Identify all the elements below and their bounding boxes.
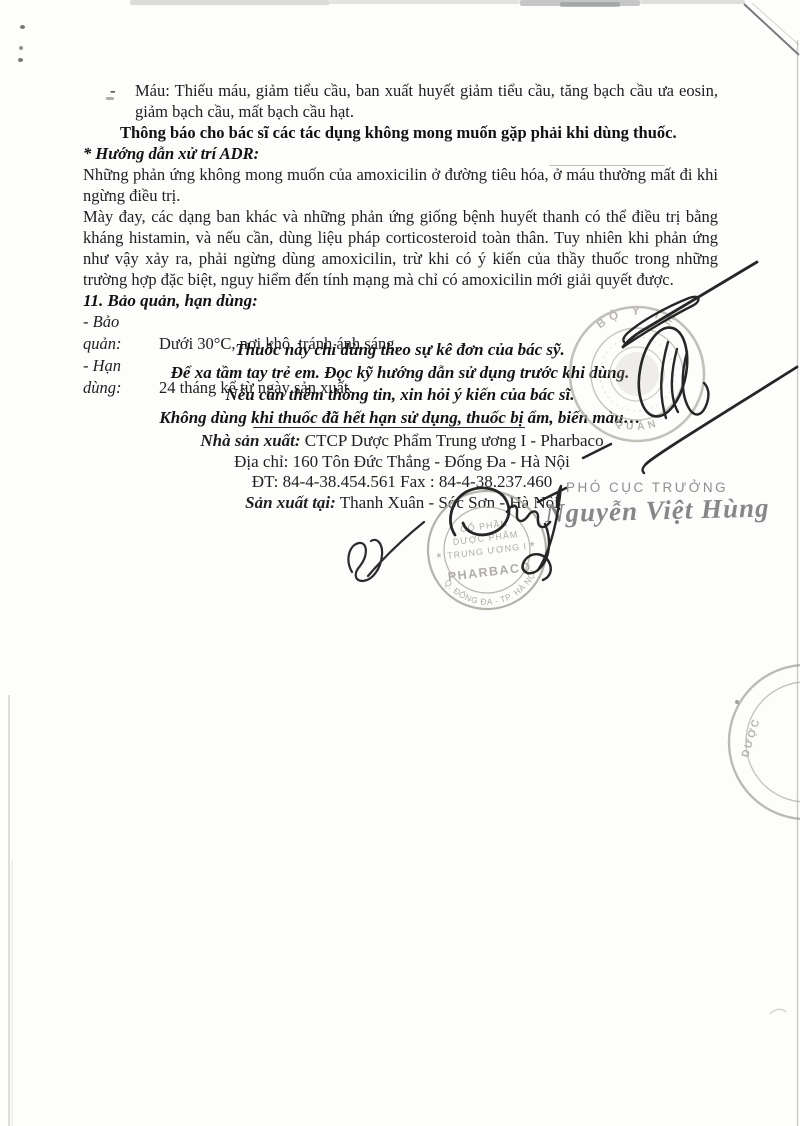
svg-text:Q. ĐỐNG ĐA - TP. HÀ NỘI: Q. ĐỐNG ĐA - TP. HÀ NỘI bbox=[442, 567, 542, 613]
scan-edge-band bbox=[640, 0, 745, 4]
advisory-line: Để xa tầm tay trẻ em. Đọc kỹ hướng dẫn s… bbox=[120, 362, 680, 385]
company-stamp-arc-text: Q. ĐỐNG ĐA - TP. HÀ NỘI bbox=[442, 567, 542, 613]
advisory-line: Nếu cần thêm thông tin, xin hỏi ý kiến c… bbox=[120, 384, 680, 407]
scan-smudge bbox=[770, 1009, 786, 1014]
advisory-line: Không dùng khi thuốc đã hết hạn sử dụng,… bbox=[120, 407, 680, 430]
scan-speck bbox=[19, 46, 23, 50]
edge-stamp: DƯỢC bbox=[729, 665, 800, 819]
storage-heading: 11. Bảo quản, hạn dùng: bbox=[83, 290, 718, 311]
approver-title: PHÓ CỤC TRƯỞNG bbox=[566, 480, 728, 495]
page-fold-corner bbox=[744, 3, 799, 55]
scan-edge-band bbox=[330, 0, 520, 4]
advisory-line: Thuốc này chỉ dùng theo sự kê đơn của bá… bbox=[120, 339, 680, 362]
manufacturer-address: Địa chỉ: 160 Tôn Đức Thắng - Đống Đa - H… bbox=[192, 452, 612, 473]
company-stamp-star-left: * bbox=[436, 550, 443, 566]
company-stamp-line2: DƯỢC PHẨM bbox=[452, 528, 519, 547]
company-stamp-line1: CỔ PHẦN bbox=[460, 517, 509, 534]
company-stamp-line3: TRUNG ƯƠNG I bbox=[447, 541, 528, 561]
secondary-signature bbox=[348, 522, 424, 581]
manufacturer-divider-line bbox=[253, 427, 525, 428]
edge-stamp-text: DƯỢC bbox=[739, 716, 762, 759]
production-site-text: Thanh Xuân - Sóc Sơn - Hà Nội bbox=[336, 493, 559, 512]
scan-edge-band bbox=[130, 0, 330, 5]
scanned-document-page: -Máu: Thiếu máu, giảm tiểu cầu, ban xuất… bbox=[0, 0, 800, 1126]
manufacturer-phone-fax: ĐT: 84-4-38.454.561 Fax : 84-4-38.237.46… bbox=[192, 472, 612, 493]
production-site-label: Sản xuất tại: bbox=[245, 493, 336, 512]
manufacturer-name: CTCP Dược Phẩm Trung ương I - Pharbaco bbox=[301, 431, 604, 450]
adr-paragraph-1: Những phản ứng không mong muốn của amoxi… bbox=[83, 164, 718, 206]
scan-edge-band bbox=[560, 2, 620, 7]
bullet-dash: - bbox=[110, 80, 116, 101]
adverse-effects-text: Máu: Thiếu máu, giảm tiểu cầu, ban xuất … bbox=[135, 81, 718, 121]
approver-signature-name: Nguyễn Việt Hùng bbox=[545, 492, 796, 530]
scan-speck bbox=[18, 58, 23, 62]
adverse-effects-bullet: -Máu: Thiếu máu, giảm tiểu cầu, ban xuất… bbox=[83, 80, 718, 122]
manufacturer-label: Nhà sản xuất: bbox=[200, 431, 300, 450]
scan-speck bbox=[20, 25, 25, 29]
company-stamp-star-right: * bbox=[529, 538, 536, 554]
doctor-notice-line: Thông báo cho bác sĩ các tác dụng không … bbox=[83, 122, 718, 143]
manufacturer-line: Nhà sản xuất: CTCP Dược Phẩm Trung ương … bbox=[192, 431, 612, 452]
advisory-block: Thuốc này chỉ dùng theo sự kê đơn của bá… bbox=[120, 339, 680, 429]
company-stamp-name: PHARBACO bbox=[447, 560, 532, 584]
adr-heading: * Hướng dẫn xử trí ADR: bbox=[83, 143, 718, 164]
adr-paragraph-2: Mày đay, các dạng ban khác và những phản… bbox=[83, 206, 718, 290]
